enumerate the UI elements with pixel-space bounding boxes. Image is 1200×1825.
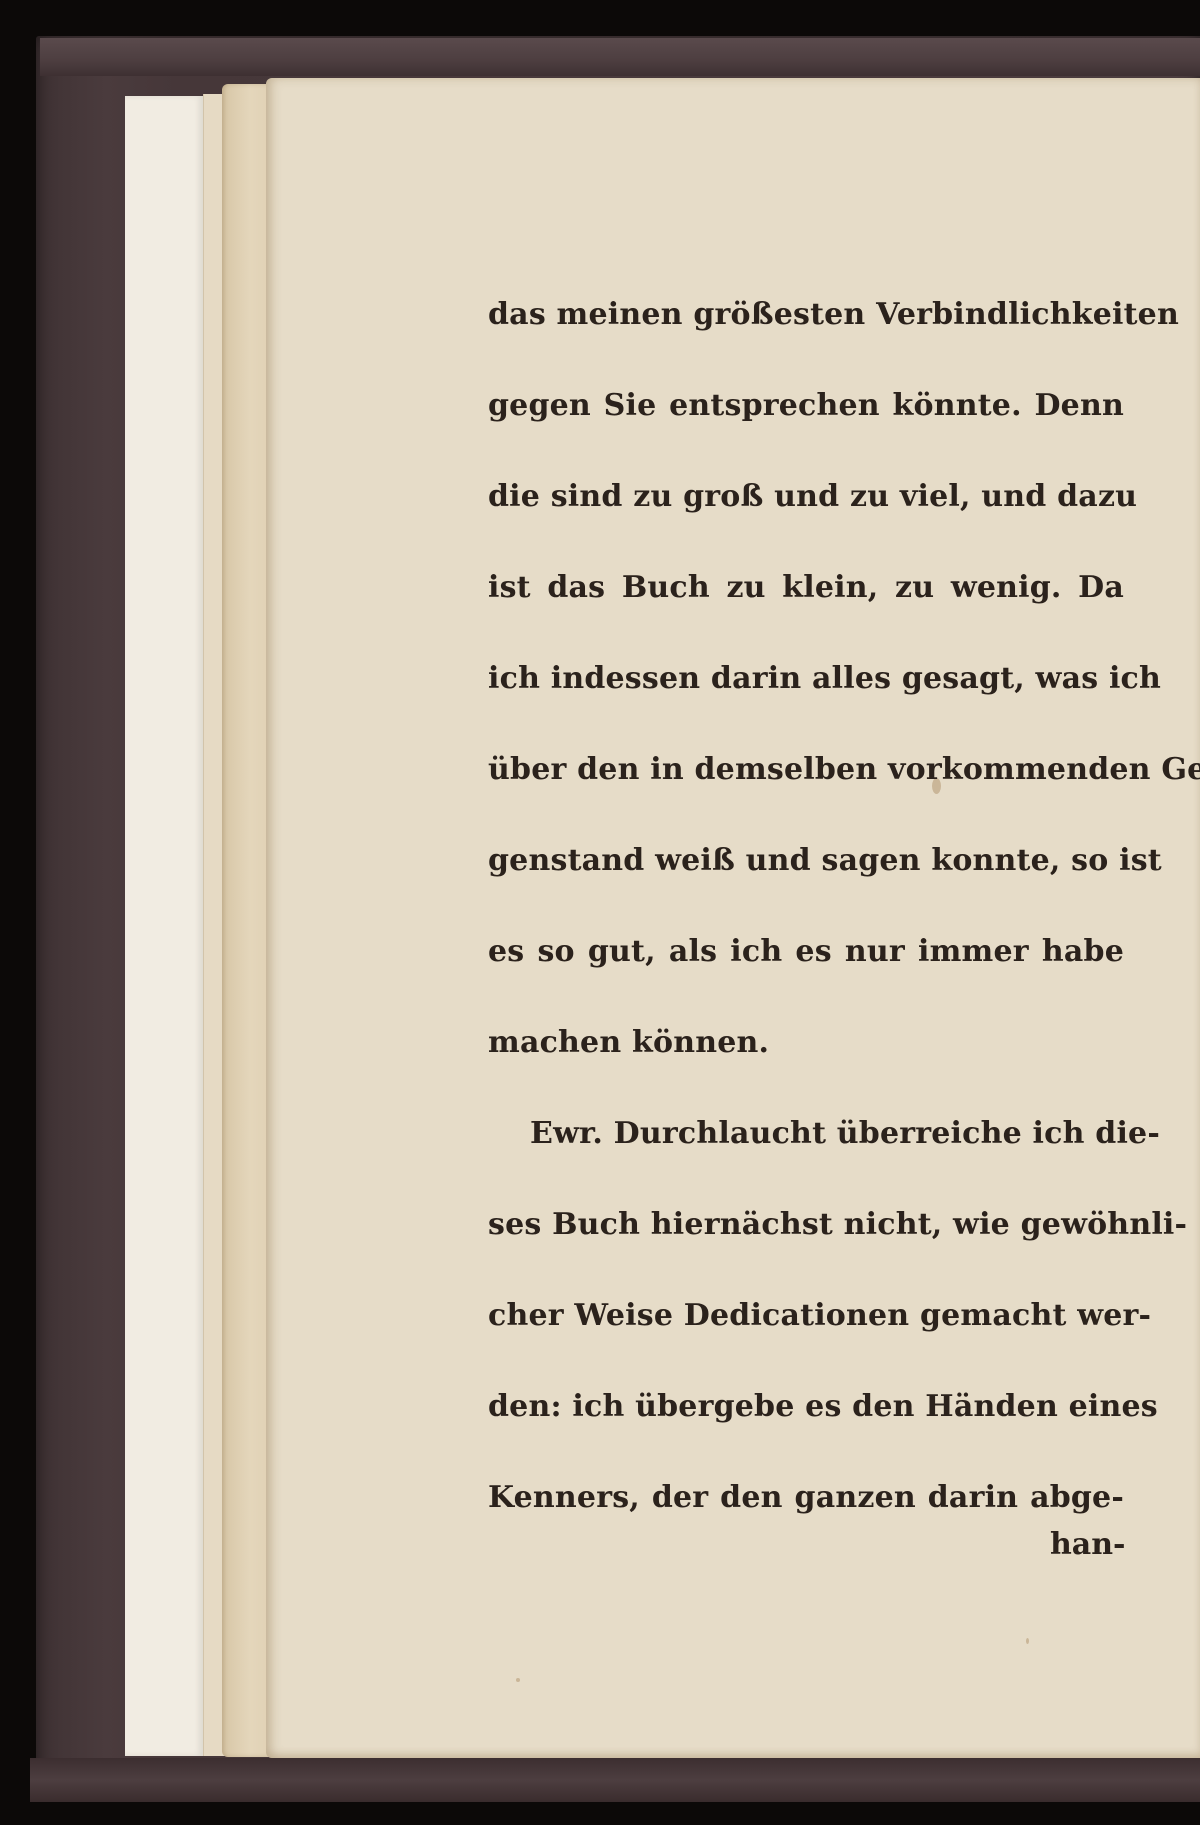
text-line: cher Weise Dedicationen gemacht wer- <box>488 1291 1124 1382</box>
text-line: genstand weiß und sagen konnte, so ist <box>488 836 1124 927</box>
text-line: über den in demselben vorkommenden Ge- <box>488 745 1124 836</box>
text-line: gegen Sie entsprechen könnte. Denn <box>488 381 1124 472</box>
cover-bottom-edge <box>30 1758 1200 1802</box>
page-body-text: das meinen größesten Verbindlichkeiten g… <box>488 290 1124 1564</box>
text-line: ist das Buch zu klein, zu wenig. Da <box>488 563 1124 654</box>
catchword: han- <box>1050 1520 1126 1570</box>
text-line: es so gut, als ich es nur immer habe <box>488 927 1124 1018</box>
text-line: die sind zu groß und zu viel, und dazu <box>488 472 1124 563</box>
paper-stain <box>1026 1638 1029 1644</box>
text-line: den: ich übergebe es den Händen eines <box>488 1382 1124 1473</box>
text-line: ses Buch hiernächst nicht, wie gewöhnli- <box>488 1200 1124 1291</box>
paper-stain <box>516 1678 520 1682</box>
text-line-paragraph-start: Ewr. Durchlaucht überreiche ich die- <box>488 1109 1124 1200</box>
endpaper <box>125 96 203 1756</box>
text-line: machen können. <box>488 1018 1124 1109</box>
text-line: Kenners, der den ganzen darin abge- <box>488 1473 1124 1564</box>
text-line: ich indessen darin alles gesagt, was ich <box>488 654 1124 745</box>
text-line: das meinen größesten Verbindlichkeiten <box>488 290 1124 381</box>
cover-top-edge <box>40 38 1200 76</box>
